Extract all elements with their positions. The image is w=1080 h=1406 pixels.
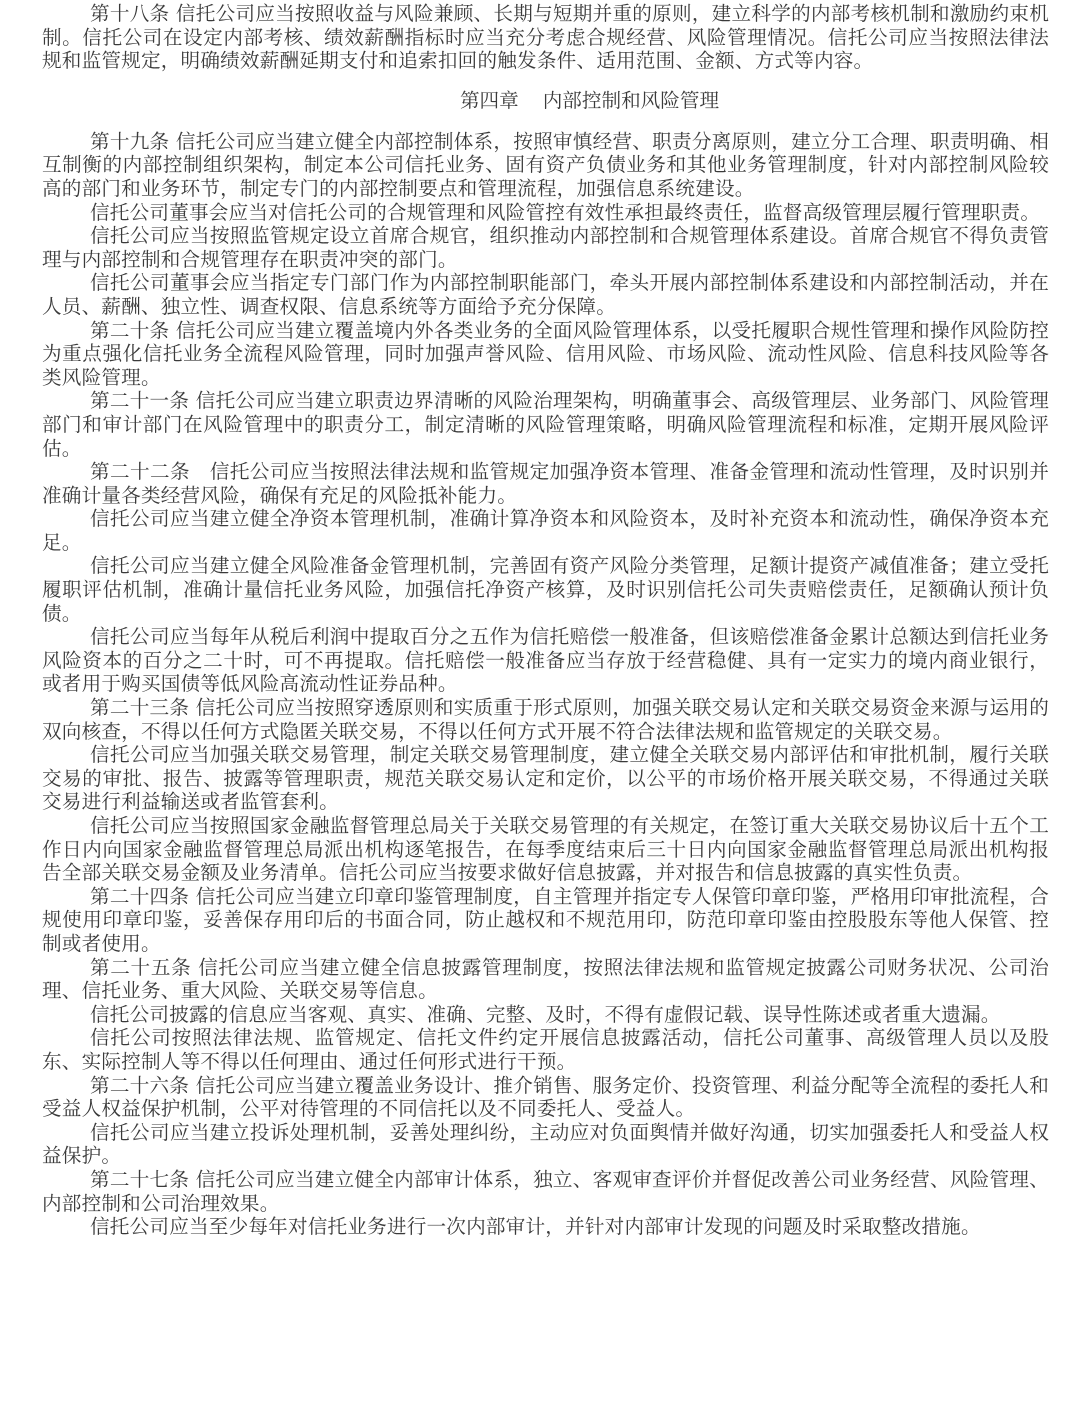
article-19-paragraph: 第十九条 信托公司应当建立健全内部控制体系，按照审慎经营、职责分离原则，建立分工… bbox=[42, 130, 1049, 201]
document-body: 第十八条 信托公司应当按照收益与风险兼顾、长期与短期并重的原则，建立科学的内部考… bbox=[42, 2, 1049, 1239]
chapter-number: 第四章 bbox=[460, 89, 519, 112]
article-19-clause-2: 信托公司董事会应当对信托公司的合规管理和风险管控有效性承担最终责任，监督高级管理… bbox=[42, 201, 1049, 225]
article-21-paragraph: 第二十一条 信托公司应当建立职责边界清晰的风险治理架构，明确董事会、高级管理层、… bbox=[42, 389, 1049, 460]
article-23-clause-3: 信托公司应当按照国家金融监督管理总局关于关联交易管理的有关规定，在签订重大关联交… bbox=[42, 814, 1049, 885]
article-25-paragraph: 第二十五条 信托公司应当建立健全信息披露管理制度，按照法律法规和监管规定披露公司… bbox=[42, 956, 1049, 1003]
article-27-clause-2: 信托公司应当至少每年对信托业务进行一次内部审计，并针对内部审计发现的问题及时采取… bbox=[42, 1215, 1049, 1239]
article-25-clause-2: 信托公司披露的信息应当客观、真实、准确、完整、及时，不得有虚假记载、误导性陈述或… bbox=[42, 1003, 1049, 1027]
article-18-paragraph: 第十八条 信托公司应当按照收益与风险兼顾、长期与短期并重的原则，建立科学的内部考… bbox=[42, 2, 1049, 73]
article-19-clause-4: 信托公司董事会应当指定专门部门作为内部控制职能部门，牵头开展内部控制体系建设和内… bbox=[42, 271, 1049, 318]
article-19-clause-3: 信托公司应当按照监管规定设立首席合规官，组织推动内部控制和合规管理体系建设。首席… bbox=[42, 224, 1049, 271]
article-23-paragraph: 第二十三条 信托公司应当按照穿透原则和实质重于形式原则，加强关联交易认定和关联交… bbox=[42, 696, 1049, 743]
article-20-paragraph: 第二十条 信托公司应当建立覆盖境内外各类业务的全面风险管理体系，以受托履职合规性… bbox=[42, 319, 1049, 390]
article-27-paragraph: 第二十七条 信托公司应当建立健全内部审计体系，独立、客观审查评价并督促改善公司业… bbox=[42, 1168, 1049, 1215]
article-22-paragraph: 第二十二条 信托公司应当按照法律法规和监管规定加强净资本管理、准备金管理和流动性… bbox=[42, 460, 1049, 507]
article-25-clause-3: 信托公司按照法律法规、监管规定、信托文件约定开展信息披露活动，信托公司董事、高级… bbox=[42, 1026, 1049, 1073]
article-22-clause-3: 信托公司应当建立健全风险准备金管理机制，完善固有资产风险分类管理，足额计提资产减… bbox=[42, 554, 1049, 625]
chapter-heading: 第四章内部控制和风险管理 bbox=[42, 89, 1049, 113]
article-24-paragraph: 第二十四条 信托公司应当建立印章印鉴管理制度，自主管理并指定专人保管印章印鉴，严… bbox=[42, 885, 1049, 956]
article-26-paragraph: 第二十六条 信托公司应当建立覆盖业务设计、推介销售、服务定价、投资管理、利益分配… bbox=[42, 1074, 1049, 1121]
article-23-clause-2: 信托公司应当加强关联交易管理，制定关联交易管理制度，建立健全关联交易内部评估和审… bbox=[42, 743, 1049, 814]
article-22-clause-2: 信托公司应当建立健全净资本管理机制，准确计算净资本和风险资本，及时补充资本和流动… bbox=[42, 507, 1049, 554]
chapter-title: 内部控制和风险管理 bbox=[543, 89, 719, 112]
article-22-clause-4: 信托公司应当每年从税后利润中提取百分之五作为信托赔偿一般准备，但该赔偿准备金累计… bbox=[42, 625, 1049, 696]
article-26-clause-2: 信托公司应当建立投诉处理机制，妥善处理纠纷，主动应对负面舆情并做好沟通，切实加强… bbox=[42, 1121, 1049, 1168]
